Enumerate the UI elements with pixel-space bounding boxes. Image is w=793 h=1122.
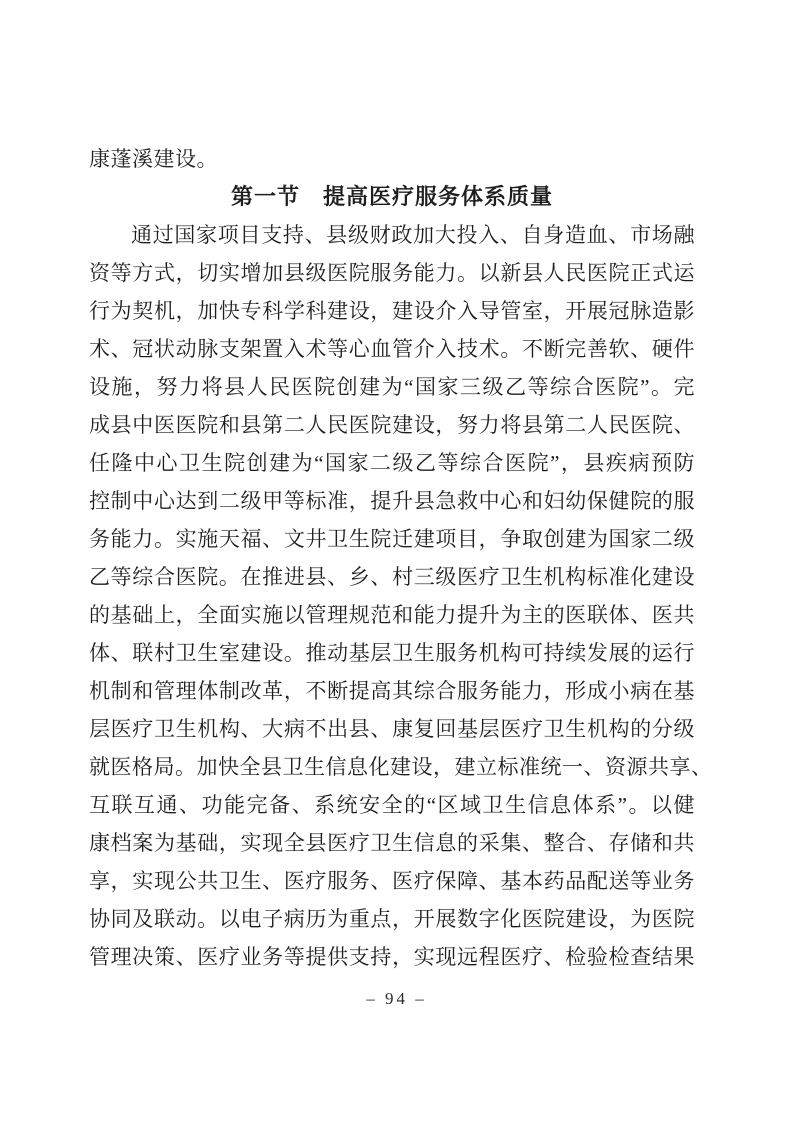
body-line: 行为契机，加快专科学科建设，建设介入导管室，开展冠脉造影 xyxy=(89,292,695,330)
body-line: 资等方式，切实增加县级医院服务能力。以新县人民医院正式运 xyxy=(89,254,695,292)
page-number: – 94 – xyxy=(0,988,793,1010)
body-line: 互联互通、功能完备、系统安全的“区域卫生信息体系”。以健 xyxy=(89,786,695,824)
body-line: 乙等综合医院。在推进县、乡、村三级医疗卫生机构标准化建设 xyxy=(89,558,695,596)
body-line: 成县中医医院和县第二人民医院建设，努力将县第二人民医院、 xyxy=(89,406,695,444)
document-page: 康蓬溪建设。 第一节 提高医疗服务体系质量 通过国家项目支持、县级财政加大投入、… xyxy=(0,0,793,1122)
body-line: 就医格局。加快全县卫生信息化建设，建立标准统一、资源共享、 xyxy=(89,748,695,786)
body-line: 的基础上，全面实施以管理规范和能力提升为主的医联体、医共 xyxy=(89,596,695,634)
body-line: 体、联村卫生室建设。推动基层卫生服务机构可持续发展的运行 xyxy=(89,634,695,672)
body-line: 设施，努力将县人民医院创建为“国家三级乙等综合医院”。完 xyxy=(89,368,695,406)
document-body: 康蓬溪建设。 第一节 提高医疗服务体系质量 通过国家项目支持、县级财政加大投入、… xyxy=(89,140,695,976)
section-heading: 第一节 提高医疗服务体系质量 xyxy=(89,178,695,216)
body-line: 控制中心达到二级甲等标准，提升县急救中心和妇幼保健院的服 xyxy=(89,482,695,520)
body-line: 康档案为基础，实现全县医疗卫生信息的采集、整合、存储和共 xyxy=(89,824,695,862)
body-line: 务能力。实施天福、文井卫生院迁建项目，争取创建为国家二级 xyxy=(89,520,695,558)
body-line: 术、冠状动脉支架置入术等心血管介入技术。不断完善软、硬件 xyxy=(89,330,695,368)
body-line: 层医疗卫生机构、大病不出县、康复回基层医疗卫生机构的分级 xyxy=(89,710,695,748)
paragraph-continuation-line: 康蓬溪建设。 xyxy=(89,140,695,178)
body-line: 通过国家项目支持、县级财政加大投入、自身造血、市场融 xyxy=(89,216,695,254)
body-line: 机制和管理体制改革，不断提高其综合服务能力，形成小病在基 xyxy=(89,672,695,710)
body-line: 协同及联动。以电子病历为重点，开展数字化医院建设，为医院 xyxy=(89,900,695,938)
body-line: 管理决策、医疗业务等提供支持，实现远程医疗、检验检查结果 xyxy=(89,938,695,976)
body-line: 任隆中心卫生院创建为“国家二级乙等综合医院”，县疾病预防 xyxy=(89,444,695,482)
body-line: 享，实现公共卫生、医疗服务、医疗保障、基本药品配送等业务 xyxy=(89,862,695,900)
